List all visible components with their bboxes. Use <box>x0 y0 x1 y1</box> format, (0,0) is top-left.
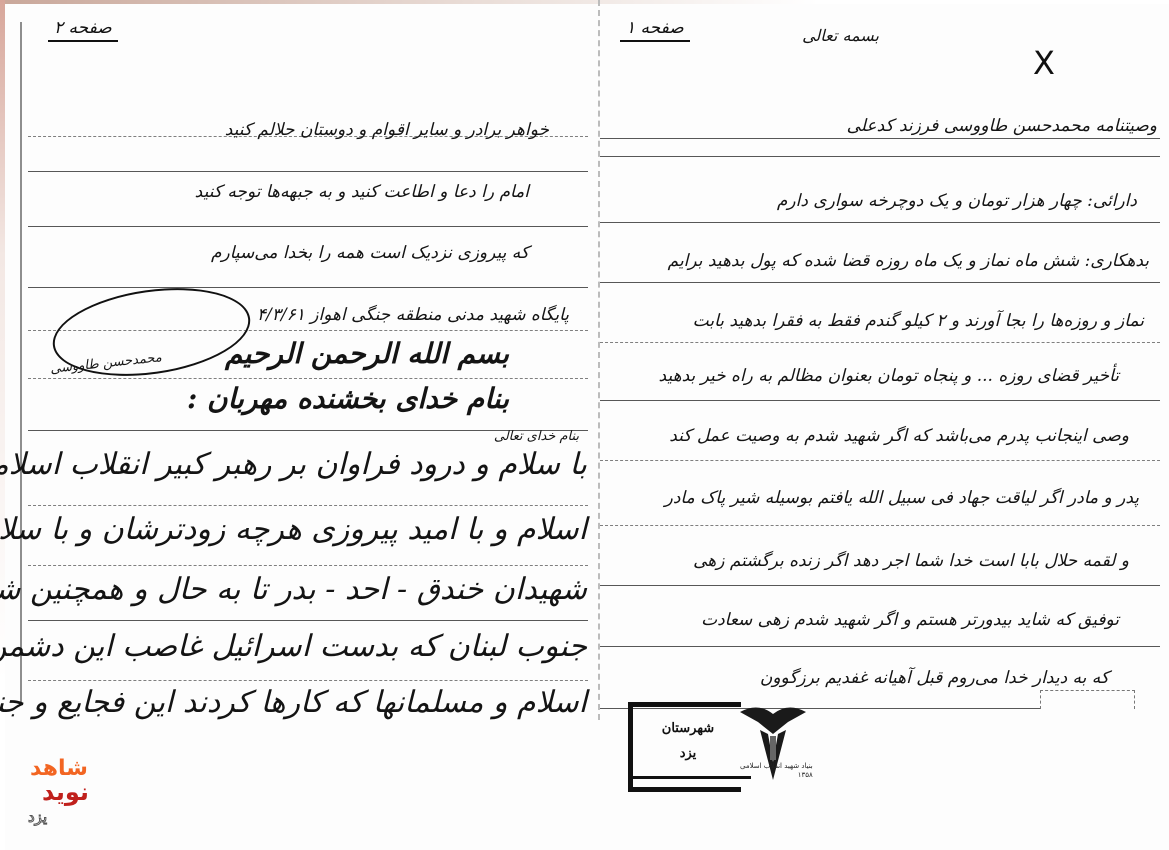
ruled-line <box>600 342 1160 343</box>
scanned-document: صفحه ۲ صفحه ۱ بسمه تعالی X وصیتنامه محمد… <box>0 0 1169 850</box>
page-fold-line <box>598 0 600 720</box>
ruled-line <box>28 378 588 379</box>
ruled-line <box>28 680 588 681</box>
page-1-line: پدر و مادر اگر لیاقت جهاد فی سبیل الله ی… <box>665 490 1139 507</box>
navid-shahed-logo: شاهد نوید یزد <box>28 758 118 838</box>
stamp-line-1: شهرستان <box>641 721 735 736</box>
page-1-line: بدهکاری: شش ماه نماز و یک ماه روزه قضا ش… <box>668 253 1149 270</box>
header-invocation: بسمه تعالی <box>802 28 879 44</box>
logo-shahed: شاهد <box>30 758 88 780</box>
x-mark: X <box>1033 47 1055 79</box>
ruled-line <box>600 222 1160 223</box>
official-stamp: شهرستان یزد <box>628 702 741 792</box>
page-2-body-line: شهیدان خندق - احد - بدر تا به حال و همچن… <box>0 575 587 605</box>
ruled-line <box>600 400 1160 401</box>
faint-box-mark <box>1040 690 1135 709</box>
bismillah: بسم الله الرحمن الرحیم <box>225 340 509 368</box>
page-2-label: صفحه ۲ <box>48 18 118 42</box>
ruled-line <box>600 156 1160 157</box>
ruled-line <box>600 525 1160 526</box>
page-2-line: خواهر برادر و سایر اقوام و دوستان حلالم … <box>225 122 549 139</box>
logo-navid: نوید <box>42 780 89 804</box>
page-1-line: وصیتنامه محمدحسن طاووسی فرزند کدعلی <box>847 118 1157 135</box>
page-2-line: که پیروزی نزدیک است همه را بخدا می‌سپارم <box>211 245 529 262</box>
scan-edge-left <box>0 0 5 850</box>
heading: بنام خدای بخشنده مهربان : <box>187 385 509 413</box>
page-1-line: تأخیر قضای روزه ... و پنجاه تومان بعنوان… <box>659 368 1119 385</box>
ruled-line <box>600 282 1160 283</box>
ruled-line <box>28 171 588 172</box>
page-1-label: صفحه ۱ <box>620 18 690 42</box>
logo-city: یزد <box>28 810 47 825</box>
page-2-line: امام را دعا و اطاعت کنید و به جبهه‌ها تو… <box>195 184 529 201</box>
sub-invocation: بنام خدای تعالی <box>494 430 579 443</box>
page-1-line: توفیق که شاید بیدورتر هستم و اگر شهید شد… <box>701 612 1119 629</box>
ruled-line <box>600 646 1160 647</box>
page-2-body-line: اسلام و با امید پیروزی هرچه زودترشان و ب… <box>0 515 587 545</box>
ruled-line <box>600 585 1160 586</box>
ruled-line <box>28 226 588 227</box>
ruled-line <box>28 505 588 506</box>
page-1-line: دارائی: چهار هزار تومان و یک دوچرخه سوار… <box>777 193 1137 210</box>
stamp-line-2: یزد <box>641 746 735 761</box>
ruled-line <box>28 287 588 288</box>
scan-edge-top <box>0 0 1169 4</box>
page-1-line: و لقمه حلال بابا است خدا شما اجر دهد اگر… <box>693 553 1129 570</box>
page-2-body-line: جنوب لبنان که بدست اسرائیل غاصب این دشمن… <box>0 632 587 662</box>
ruled-line <box>28 620 588 621</box>
page-2-body-line: با سلام و درود فراوان بر رهبر کبیر انقلا… <box>0 450 587 480</box>
page-2-line: پایگاه شهید مدنی منطقه جنگی اهواز ۴/۳/۶۱ <box>257 307 569 324</box>
page-1-line: وصی اینجانب پدرم می‌باشد که اگر شهید شدم… <box>669 428 1129 445</box>
page-2-body-line: اسلام و مسلمانها که کارها کردند این فجای… <box>0 688 587 718</box>
page-1-line: که به دیدار خدا می‌روم قبل آهیانه غفدیم … <box>760 670 1109 687</box>
page-1-line: نماز و روزه‌ها را بجا آورند و ۲ کیلو گند… <box>693 313 1144 330</box>
ruled-line <box>600 460 1160 461</box>
emblem-caption: بنیاد شهید انقلاب اسلامی ۱۳۵۸ <box>740 762 813 780</box>
stamp-bar <box>633 776 751 779</box>
ruled-line <box>600 138 1160 139</box>
ruled-line <box>28 565 588 566</box>
